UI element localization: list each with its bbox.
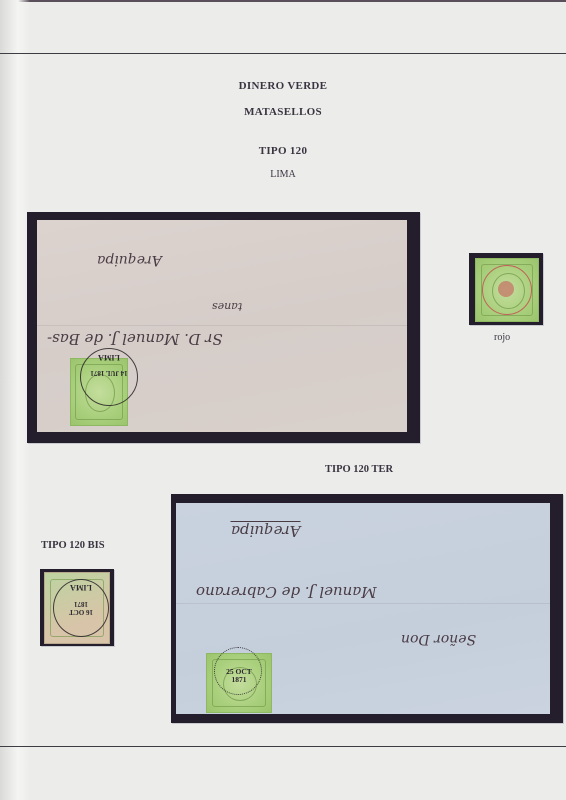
page-heading: DINERO VERDE bbox=[0, 80, 566, 92]
cover-lima-mount: Arequipa tanes Sr D. Manuel J. de Bas- L… bbox=[27, 212, 420, 443]
postmark-date: 16 OCT 1871 bbox=[62, 600, 100, 616]
address-line-1: Sr D. Manuel J. de Bas- bbox=[47, 330, 223, 348]
address-line-salutation: Señor Don bbox=[401, 631, 476, 647]
postmark-date: 14 JUL 1871 bbox=[87, 369, 131, 377]
postmark-city: LIMA bbox=[81, 353, 137, 361]
section-title: TIPO 120 bbox=[0, 145, 566, 157]
fold-line bbox=[176, 603, 550, 604]
page-subheading: MATASELLOS bbox=[0, 106, 566, 118]
stamp-bis-mount: LIMA 16 OCT 1871 bbox=[40, 569, 114, 646]
page-binding-shade bbox=[0, 0, 30, 800]
tipo-ter-caption: TIPO 120 TER bbox=[325, 464, 393, 475]
stamp-bis[interactable]: LIMA 16 OCT 1871 bbox=[44, 572, 110, 644]
stamp-rojo[interactable] bbox=[475, 258, 539, 322]
stamp-rojo-mount bbox=[469, 253, 543, 325]
address-line-city: Arequipa bbox=[231, 521, 301, 540]
postmark-city: LIMA bbox=[54, 583, 108, 591]
postmark-bis: LIMA 16 OCT 1871 bbox=[53, 579, 109, 637]
postmark-lima: LIMA 14 JUL 1871 bbox=[80, 348, 138, 406]
address-line-city: Arequipa bbox=[97, 252, 162, 268]
bottom-rule bbox=[0, 746, 566, 747]
address-line-name: Manuel J. de Cabrerano bbox=[196, 583, 377, 601]
cover-lima[interactable]: Arequipa tanes Sr D. Manuel J. de Bas- L… bbox=[37, 220, 407, 432]
fold-line bbox=[37, 325, 407, 326]
tipo-bis-caption: TIPO 120 BIS bbox=[41, 540, 105, 551]
section-place: LIMA bbox=[0, 169, 566, 180]
cover-ter-mount: Arequipa Manuel J. de Cabrerano Señor Do… bbox=[171, 494, 563, 723]
page-top-edge bbox=[0, 0, 566, 2]
postmark-ter bbox=[214, 647, 262, 695]
red-cancel-center bbox=[498, 281, 514, 297]
cover-ter[interactable]: Arequipa Manuel J. de Cabrerano Señor Do… bbox=[176, 503, 550, 714]
stamp-rojo-caption: rojo bbox=[494, 332, 510, 343]
top-rule bbox=[0, 53, 566, 54]
address-line-2: tanes bbox=[212, 300, 242, 313]
